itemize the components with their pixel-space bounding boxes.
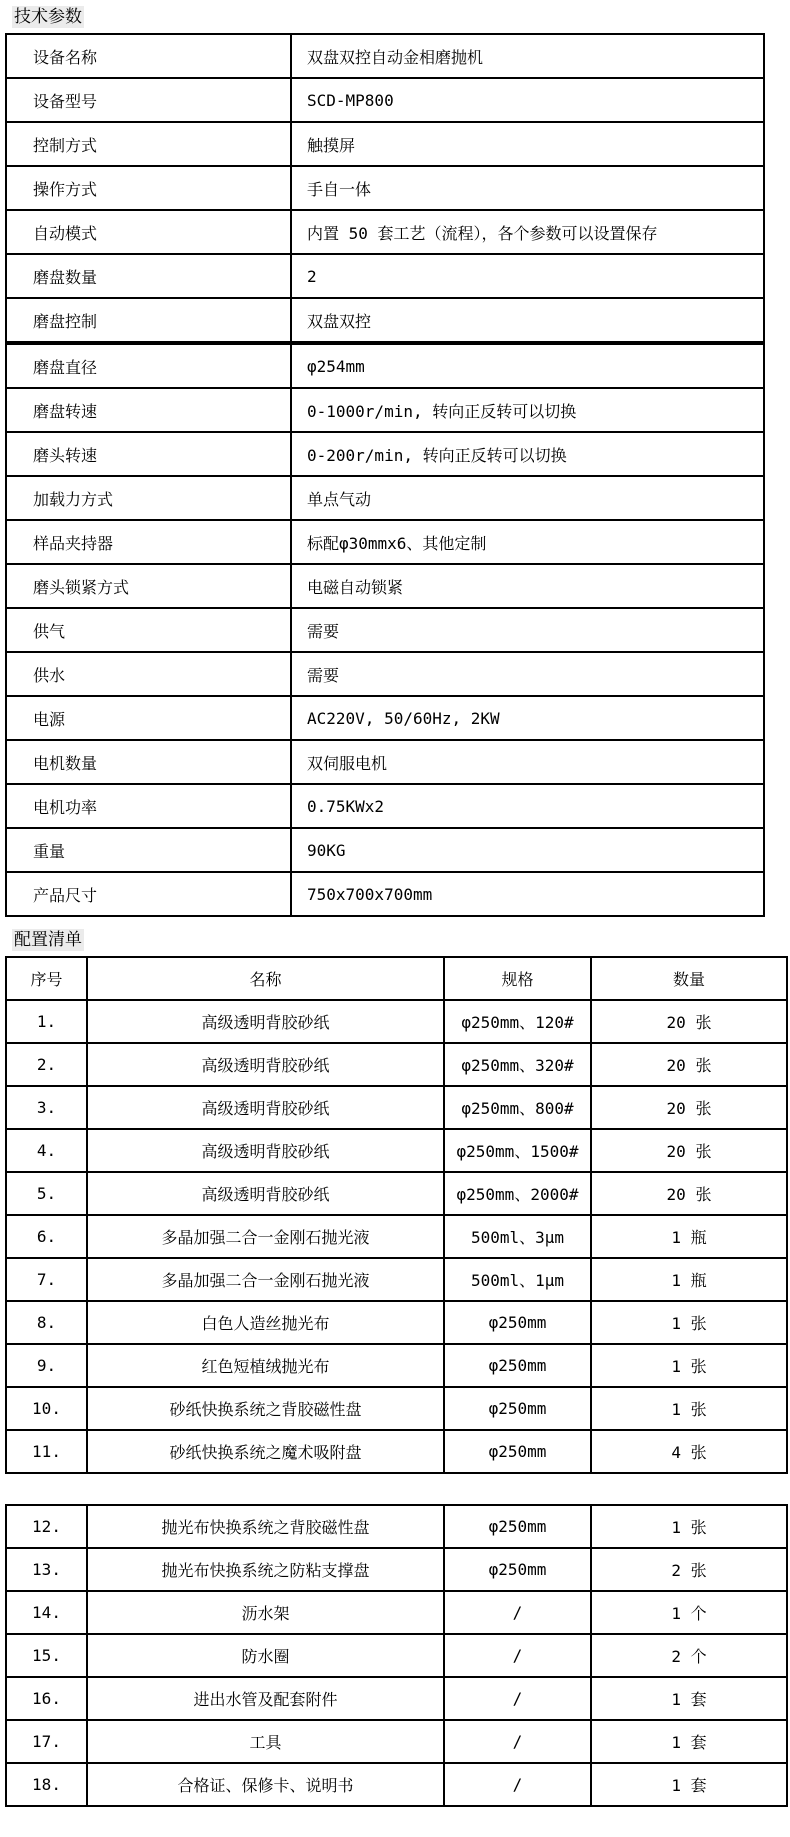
tech-param-row: 磨头转速0-200r/min, 转向正反转可以切换 — [6, 432, 764, 476]
config-list-title: 配置清单 — [12, 929, 790, 951]
tech-param-row: 设备名称双盘双控自动金相磨抛机 — [6, 34, 764, 78]
item-qty: 4 张 — [591, 1430, 787, 1473]
tech-param-row: 磨盘数量2 — [6, 254, 764, 298]
config-list-table-part2: 12.抛光布快换系统之背胶磁性盘φ250mm1 张13.抛光布快换系统之防粘支撑… — [5, 1504, 788, 1807]
item-name: 沥水架 — [87, 1591, 444, 1634]
item-no: 16. — [6, 1677, 87, 1720]
config-item-row: 1.高级透明背胶砂纸φ250mm、120#20 张 — [6, 1000, 787, 1043]
tech-param-row: 加载力方式单点气动 — [6, 476, 764, 520]
tech-params-title: 技术参数 — [12, 6, 790, 28]
param-label: 样品夹持器 — [6, 520, 291, 564]
item-qty: 20 张 — [591, 1043, 787, 1086]
param-label: 操作方式 — [6, 166, 291, 210]
tech-param-row: 电机数量双伺服电机 — [6, 740, 764, 784]
item-spec: 500ml、3μm — [444, 1215, 591, 1258]
item-spec: / — [444, 1720, 591, 1763]
item-spec: φ250mm — [444, 1344, 591, 1387]
param-label: 磨盘转速 — [6, 388, 291, 432]
item-qty: 20 张 — [591, 1000, 787, 1043]
param-value: 标配φ30mmx6、其他定制 — [291, 520, 764, 564]
item-spec: φ250mm、800# — [444, 1086, 591, 1129]
column-header-no: 序号 — [6, 957, 87, 1000]
column-header-name: 名称 — [87, 957, 444, 1000]
config-item-row: 4.高级透明背胶砂纸φ250mm、1500#20 张 — [6, 1129, 787, 1172]
config-list-header-row: 序号 名称 规格 数量 — [6, 957, 787, 1000]
config-item-row: 18.合格证、保修卡、说明书/1 套 — [6, 1763, 787, 1806]
tech-param-row: 磨盘直径φ254mm — [6, 343, 764, 388]
tech-param-row: 电源AC220V, 50/60Hz, 2KW — [6, 696, 764, 740]
tech-param-row: 自动模式内置 50 套工艺（流程），各个参数可以设置保存 — [6, 210, 764, 254]
param-value: 双伺服电机 — [291, 740, 764, 784]
param-label: 供气 — [6, 608, 291, 652]
item-name: 多晶加强二合一金刚石抛光液 — [87, 1258, 444, 1301]
item-spec: φ250mm、320# — [444, 1043, 591, 1086]
item-qty: 1 张 — [591, 1301, 787, 1344]
tech-param-row: 重量90KG — [6, 828, 764, 872]
item-no: 11. — [6, 1430, 87, 1473]
item-no: 10. — [6, 1387, 87, 1430]
config-item-row: 7.多晶加强二合一金刚石抛光液500ml、1μm1 瓶 — [6, 1258, 787, 1301]
item-spec: φ250mm — [444, 1505, 591, 1548]
config-list-body-2: 12.抛光布快换系统之背胶磁性盘φ250mm1 张13.抛光布快换系统之防粘支撑… — [6, 1505, 787, 1806]
param-value: 需要 — [291, 652, 764, 696]
param-value: 双盘双控自动金相磨抛机 — [291, 34, 764, 78]
param-value: 单点气动 — [291, 476, 764, 520]
item-qty: 1 套 — [591, 1720, 787, 1763]
item-name: 高级透明背胶砂纸 — [87, 1129, 444, 1172]
param-value: 内置 50 套工艺（流程），各个参数可以设置保存 — [291, 210, 764, 254]
item-name: 高级透明背胶砂纸 — [87, 1043, 444, 1086]
item-spec: / — [444, 1634, 591, 1677]
config-item-row: 17.工具/1 套 — [6, 1720, 787, 1763]
item-name: 砂纸快换系统之背胶磁性盘 — [87, 1387, 444, 1430]
tech-params-body: 设备名称双盘双控自动金相磨抛机设备型号SCD-MP800控制方式触摸屏操作方式手… — [6, 34, 764, 916]
param-value: 双盘双控 — [291, 298, 764, 343]
param-label: 磨头转速 — [6, 432, 291, 476]
tech-param-row: 产品尺寸750x700x700mm — [6, 872, 764, 916]
item-qty: 20 张 — [591, 1086, 787, 1129]
item-name: 红色短植绒抛光布 — [87, 1344, 444, 1387]
item-no: 2. — [6, 1043, 87, 1086]
config-item-row: 15.防水圈/2 个 — [6, 1634, 787, 1677]
param-value: 触摸屏 — [291, 122, 764, 166]
param-value: 2 — [291, 254, 764, 298]
param-value: 0.75KWx2 — [291, 784, 764, 828]
item-qty: 1 张 — [591, 1505, 787, 1548]
param-label: 设备名称 — [6, 34, 291, 78]
param-label: 磨盘控制 — [6, 298, 291, 343]
item-qty: 1 张 — [591, 1344, 787, 1387]
item-no: 9. — [6, 1344, 87, 1387]
item-name: 高级透明背胶砂纸 — [87, 1000, 444, 1043]
item-qty: 2 个 — [591, 1634, 787, 1677]
item-no: 3. — [6, 1086, 87, 1129]
param-value: 0-1000r/min, 转向正反转可以切换 — [291, 388, 764, 432]
param-value: 电磁自动锁紧 — [291, 564, 764, 608]
param-value: 0-200r/min, 转向正反转可以切换 — [291, 432, 764, 476]
config-list-table-part1: 序号 名称 规格 数量 1.高级透明背胶砂纸φ250mm、120#20 张2.高… — [5, 956, 788, 1474]
item-no: 13. — [6, 1548, 87, 1591]
item-spec: φ250mm、120# — [444, 1000, 591, 1043]
item-name: 抛光布快换系统之背胶磁性盘 — [87, 1505, 444, 1548]
config-item-row: 16.进出水管及配套附件/1 套 — [6, 1677, 787, 1720]
config-item-row: 14.沥水架/1 个 — [6, 1591, 787, 1634]
config-list-body-1: 1.高级透明背胶砂纸φ250mm、120#20 张2.高级透明背胶砂纸φ250m… — [6, 1000, 787, 1473]
tech-param-row: 电机功率0.75KWx2 — [6, 784, 764, 828]
item-name: 高级透明背胶砂纸 — [87, 1086, 444, 1129]
item-qty: 1 瓶 — [591, 1258, 787, 1301]
item-qty: 20 张 — [591, 1129, 787, 1172]
config-item-row: 9.红色短植绒抛光布φ250mm1 张 — [6, 1344, 787, 1387]
tech-param-row: 磨盘转速0-1000r/min, 转向正反转可以切换 — [6, 388, 764, 432]
item-name: 防水圈 — [87, 1634, 444, 1677]
item-no: 8. — [6, 1301, 87, 1344]
item-spec: 500ml、1μm — [444, 1258, 591, 1301]
param-value: SCD-MP800 — [291, 78, 764, 122]
item-spec: φ250mm — [444, 1430, 591, 1473]
tech-param-row: 磨盘控制双盘双控 — [6, 298, 764, 343]
param-label: 电源 — [6, 696, 291, 740]
config-item-row: 2.高级透明背胶砂纸φ250mm、320#20 张 — [6, 1043, 787, 1086]
item-spec: / — [444, 1677, 591, 1720]
item-qty: 1 套 — [591, 1763, 787, 1806]
item-no: 14. — [6, 1591, 87, 1634]
tech-param-row: 供气需要 — [6, 608, 764, 652]
param-value: 需要 — [291, 608, 764, 652]
item-no: 5. — [6, 1172, 87, 1215]
item-name: 砂纸快换系统之魔术吸附盘 — [87, 1430, 444, 1473]
item-spec: / — [444, 1763, 591, 1806]
item-spec: φ250mm、1500# — [444, 1129, 591, 1172]
param-label: 控制方式 — [6, 122, 291, 166]
config-item-row: 8.白色人造丝抛光布φ250mm1 张 — [6, 1301, 787, 1344]
item-qty: 1 张 — [591, 1387, 787, 1430]
item-spec: / — [444, 1591, 591, 1634]
tech-param-row: 控制方式触摸屏 — [6, 122, 764, 166]
tech-param-row: 设备型号SCD-MP800 — [6, 78, 764, 122]
config-item-row: 6.多晶加强二合一金刚石抛光液500ml、3μm1 瓶 — [6, 1215, 787, 1258]
param-label: 加载力方式 — [6, 476, 291, 520]
item-qty: 2 张 — [591, 1548, 787, 1591]
item-no: 7. — [6, 1258, 87, 1301]
config-item-row: 13.抛光布快换系统之防粘支撑盘φ250mm2 张 — [6, 1548, 787, 1591]
item-no: 1. — [6, 1000, 87, 1043]
item-no: 12. — [6, 1505, 87, 1548]
param-label: 电机数量 — [6, 740, 291, 784]
param-label: 自动模式 — [6, 210, 291, 254]
item-qty: 20 张 — [591, 1172, 787, 1215]
param-value: AC220V, 50/60Hz, 2KW — [291, 696, 764, 740]
item-qty: 1 套 — [591, 1677, 787, 1720]
param-label: 供水 — [6, 652, 291, 696]
param-label: 电机功率 — [6, 784, 291, 828]
config-item-row: 12.抛光布快换系统之背胶磁性盘φ250mm1 张 — [6, 1505, 787, 1548]
tech-param-row: 操作方式手自一体 — [6, 166, 764, 210]
item-no: 4. — [6, 1129, 87, 1172]
item-no: 15. — [6, 1634, 87, 1677]
param-value: 手自一体 — [291, 166, 764, 210]
spec-sheet-page: 技术参数 设备名称双盘双控自动金相磨抛机设备型号SCD-MP800控制方式触摸屏… — [0, 6, 790, 1807]
column-header-qty: 数量 — [591, 957, 787, 1000]
item-spec: φ250mm — [444, 1301, 591, 1344]
tech-param-row: 样品夹持器标配φ30mmx6、其他定制 — [6, 520, 764, 564]
param-label: 磨盘直径 — [6, 343, 291, 388]
item-spec: φ250mm — [444, 1387, 591, 1430]
item-qty: 1 瓶 — [591, 1215, 787, 1258]
item-name: 多晶加强二合一金刚石抛光液 — [87, 1215, 444, 1258]
tech-params-title-text: 技术参数 — [12, 6, 84, 28]
item-name: 合格证、保修卡、说明书 — [87, 1763, 444, 1806]
item-name: 工具 — [87, 1720, 444, 1763]
param-label: 重量 — [6, 828, 291, 872]
item-name: 进出水管及配套附件 — [87, 1677, 444, 1720]
config-item-row: 11.砂纸快换系统之魔术吸附盘φ250mm4 张 — [6, 1430, 787, 1473]
item-no: 18. — [6, 1763, 87, 1806]
item-name: 白色人造丝抛光布 — [87, 1301, 444, 1344]
item-qty: 1 个 — [591, 1591, 787, 1634]
item-name: 抛光布快换系统之防粘支撑盘 — [87, 1548, 444, 1591]
item-name: 高级透明背胶砂纸 — [87, 1172, 444, 1215]
param-label: 产品尺寸 — [6, 872, 291, 916]
tech-params-table: 设备名称双盘双控自动金相磨抛机设备型号SCD-MP800控制方式触摸屏操作方式手… — [5, 33, 765, 917]
param-label: 设备型号 — [6, 78, 291, 122]
param-value: 90KG — [291, 828, 764, 872]
tech-param-row: 磨头锁紧方式电磁自动锁紧 — [6, 564, 764, 608]
config-item-row: 5.高级透明背胶砂纸φ250mm、2000#20 张 — [6, 1172, 787, 1215]
config-item-row: 10.砂纸快换系统之背胶磁性盘φ250mm1 张 — [6, 1387, 787, 1430]
item-spec: φ250mm — [444, 1548, 591, 1591]
config-list-title-text: 配置清单 — [12, 929, 84, 951]
config-item-row: 3.高级透明背胶砂纸φ250mm、800#20 张 — [6, 1086, 787, 1129]
item-no: 6. — [6, 1215, 87, 1258]
param-label: 磨头锁紧方式 — [6, 564, 291, 608]
column-header-spec: 规格 — [444, 957, 591, 1000]
item-no: 17. — [6, 1720, 87, 1763]
item-spec: φ250mm、2000# — [444, 1172, 591, 1215]
param-label: 磨盘数量 — [6, 254, 291, 298]
param-value: φ254mm — [291, 343, 764, 388]
param-value: 750x700x700mm — [291, 872, 764, 916]
tech-param-row: 供水需要 — [6, 652, 764, 696]
